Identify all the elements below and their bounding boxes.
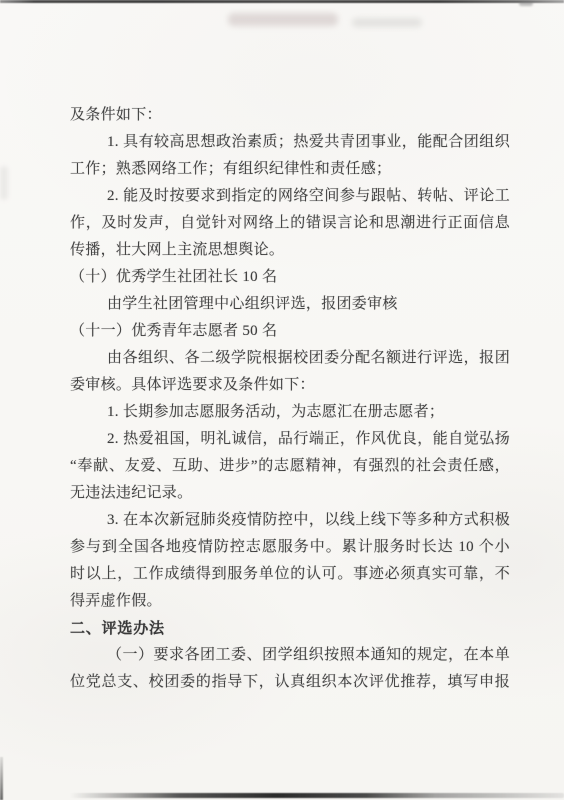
bleed-through-smudge — [352, 18, 422, 27]
edge-scan-mark — [0, 166, 8, 200]
text-line: 得弄虚作假。 — [70, 588, 510, 615]
text-line: 工作；熟悉网络工作；有组织纪律性和责任感； — [70, 156, 510, 183]
scanned-page: 及条件如下：1. 具有较高思想政治素质；热爱共青团事业，能配合团组织工作；熟悉网… — [0, 0, 564, 800]
text-line: （一）要求各团工委、团学组织按照本通知的规定，在本单 — [70, 642, 510, 669]
text-line: 及条件如下： — [70, 102, 510, 129]
text-line: 2. 热爱祖国，明礼诚信，品行端正，作风优良，能自觉弘扬 — [70, 426, 510, 453]
text-line: 作，及时发声，自觉针对网络上的错误言论和思潮进行正面信息 — [70, 210, 510, 237]
scan-edge-bottom — [70, 793, 564, 798]
text-line: 1. 具有较高思想政治素质；热爱共青团事业，能配合团组织 — [70, 129, 510, 156]
text-line: 3. 在本次新冠肺炎疫情防控中，以线上线下等多种方式积极 — [70, 507, 510, 534]
text-line: 委审核。具体评选要求及条件如下： — [70, 372, 510, 399]
text-line: 位党总支、校团委的指导下，认真组织本次评优推荐，填写申报 — [70, 669, 510, 696]
text-line: 2. 能及时按要求到指定的网络空间参与跟帖、转帖、评论工 — [70, 183, 510, 210]
scan-edge-top — [0, 0, 564, 3]
scan-edge-left — [0, 757, 3, 800]
document-body: 及条件如下：1. 具有较高思想政治素质；热爱共青团事业，能配合团组织工作；熟悉网… — [70, 102, 510, 696]
text-line: “奉献、友爱、互助、进步”的志愿精神，有强烈的社会责任感， — [70, 453, 510, 480]
text-line: 无违法违纪记录。 — [70, 480, 510, 507]
text-line: 时以上，工作成绩得到服务单位的认可。事迹必须真实可靠，不 — [70, 561, 510, 588]
text-line: 由各组织、各二级学院根据校团委分配名额进行评选，报团 — [70, 345, 510, 372]
text-line: 参与到全国各地疫情防控志愿服务中。累计服务时长达 10 个小 — [70, 534, 510, 561]
text-line: （十一）优秀青年志愿者 50 名 — [70, 318, 510, 345]
text-line: 二、评选办法 — [70, 615, 510, 642]
text-line: 1. 长期参加志愿服务活动，为志愿汇在册志愿者； — [70, 399, 510, 426]
text-line: 传播，壮大网上主流思想舆论。 — [70, 237, 510, 264]
corner-scan-mark — [519, 1, 533, 6]
text-line: 由学生社团管理中心组织评选，报团委审核 — [70, 291, 510, 318]
bleed-through-smudge — [228, 13, 338, 26]
text-line: （十）优秀学生社团社长 10 名 — [70, 264, 510, 291]
